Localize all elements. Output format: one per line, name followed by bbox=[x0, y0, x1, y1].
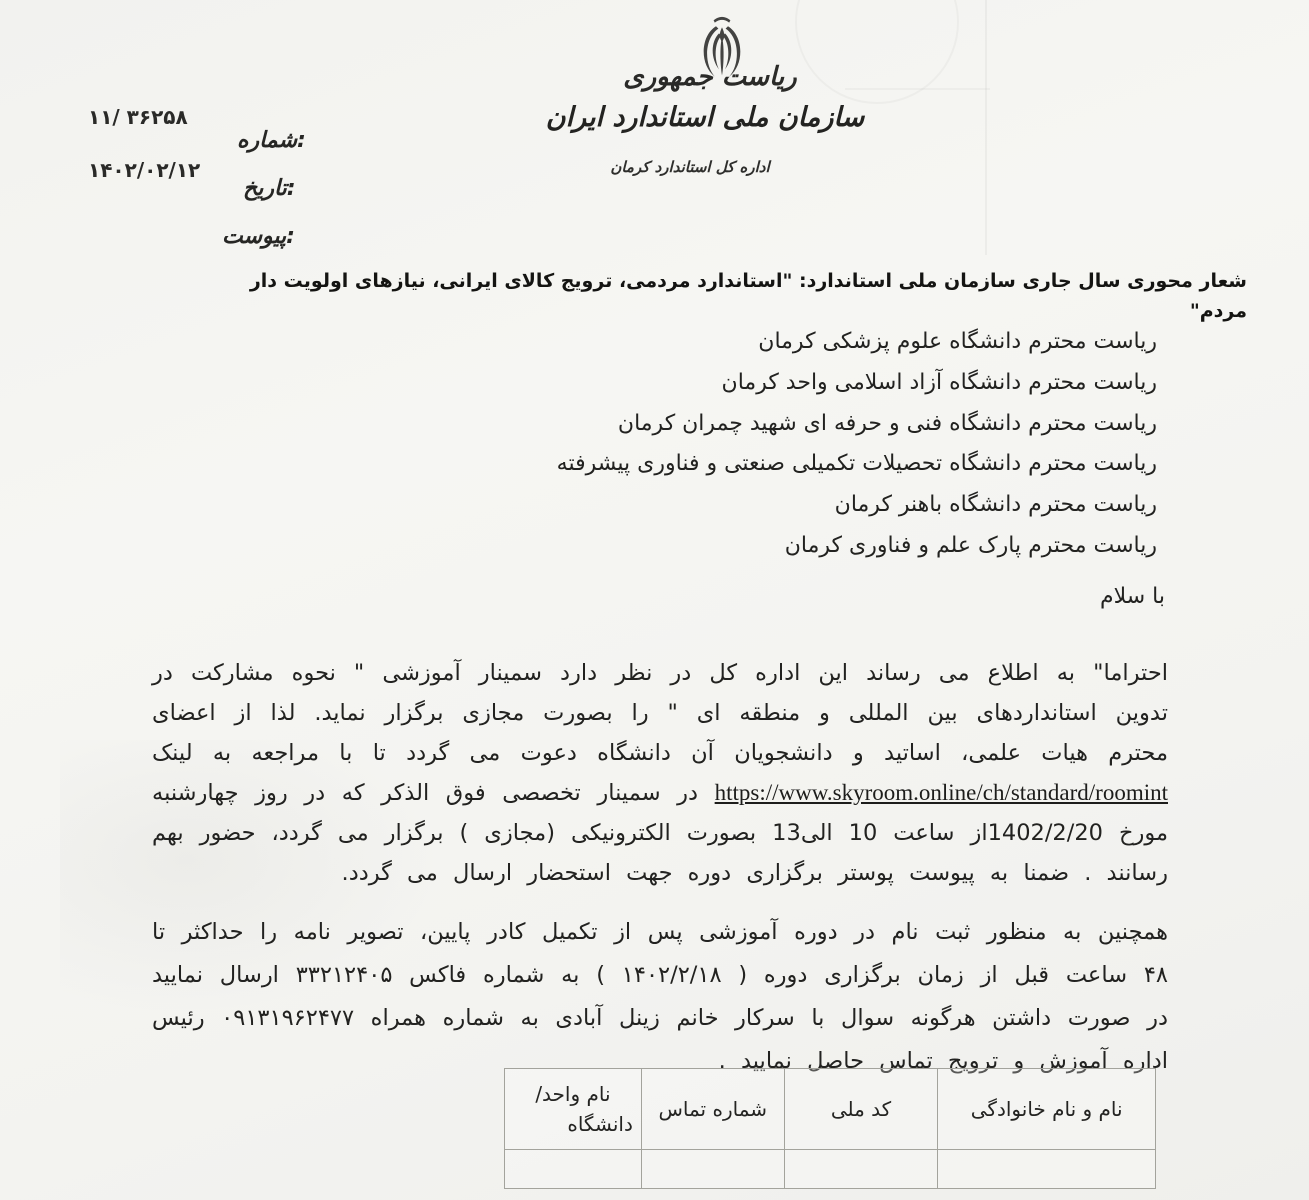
paragraph-text: احتراما" به اطلاع می رساند این اداره کل … bbox=[152, 660, 1168, 766]
table-cell-unit[interactable] bbox=[505, 1150, 642, 1189]
header-national-code: کد ملی bbox=[784, 1069, 938, 1150]
body-paragraph-2: همچنین به منظور ثبت نام در دوره آموزشی پ… bbox=[152, 911, 1168, 1083]
recipient-list: ریاست محترم دانشگاه علوم پزشکی کرمان ریا… bbox=[457, 322, 1157, 567]
table-cell-full-name[interactable] bbox=[938, 1150, 1156, 1189]
scan-artifact bbox=[845, 88, 990, 90]
registration-table: نام و نام خانوادگی کد ملی شماره تماس نام… bbox=[504, 1068, 1156, 1189]
header-phone: شماره تماس bbox=[641, 1069, 784, 1150]
org-name: سازمان ملی استاندارد ایران bbox=[540, 102, 870, 133]
recipient-line: ریاست محترم دانشگاه فنی و حرفه ای شهید چ… bbox=[457, 404, 1157, 445]
letter-number: ۱۱/ ۳۶۲۵۸ bbox=[88, 105, 188, 129]
org-office-line: اداره کل استاندارد کرمان bbox=[590, 158, 790, 176]
org-presidency-line: ریاست جمهوری bbox=[610, 62, 810, 92]
header-full-name: نام و نام خانوادگی bbox=[938, 1069, 1156, 1150]
seminar-link[interactable]: https://www.skyroom.online/ch/standard/r… bbox=[715, 780, 1168, 805]
recipient-line: ریاست محترم پارک علم و فناوری کرمان bbox=[457, 526, 1157, 567]
recipient-line: ریاست محترم دانشگاه علوم پزشکی کرمان bbox=[457, 322, 1157, 363]
letter-date: ۱۴۰۲/۰۲/۱۲ bbox=[88, 158, 200, 182]
scanned-letter-page: ریاست جمهوری سازمان ملی استاندارد ایران … bbox=[0, 0, 1309, 1200]
number-label: شماره: bbox=[237, 128, 306, 153]
header-unit-university: نام واحد/ دانشگاه bbox=[505, 1069, 642, 1150]
recipient-line: ریاست محترم دانشگاه باهنر کرمان bbox=[457, 485, 1157, 526]
scan-artifact bbox=[795, 0, 959, 104]
table-row bbox=[505, 1150, 1156, 1189]
table-cell-national-code[interactable] bbox=[784, 1150, 938, 1189]
attachment-label: پیوست: bbox=[222, 224, 295, 249]
annual-slogan: شعار محوری سال جاری سازمان ملی استاندارد… bbox=[217, 266, 1247, 326]
greeting: با سلام bbox=[1100, 584, 1165, 609]
table-cell-phone[interactable] bbox=[641, 1150, 784, 1189]
body-paragraph-1: احتراما" به اطلاع می رساند این اداره کل … bbox=[152, 653, 1168, 893]
recipient-line: ریاست محترم دانشگاه تحصیلات تکمیلی صنعتی… bbox=[457, 444, 1157, 485]
scan-artifact bbox=[985, 0, 987, 255]
recipient-line: ریاست محترم دانشگاه آزاد اسلامی واحد کرم… bbox=[457, 363, 1157, 404]
date-label: تاریخ: bbox=[243, 176, 296, 201]
table-header-row: نام و نام خانوادگی کد ملی شماره تماس نام… bbox=[505, 1069, 1156, 1150]
